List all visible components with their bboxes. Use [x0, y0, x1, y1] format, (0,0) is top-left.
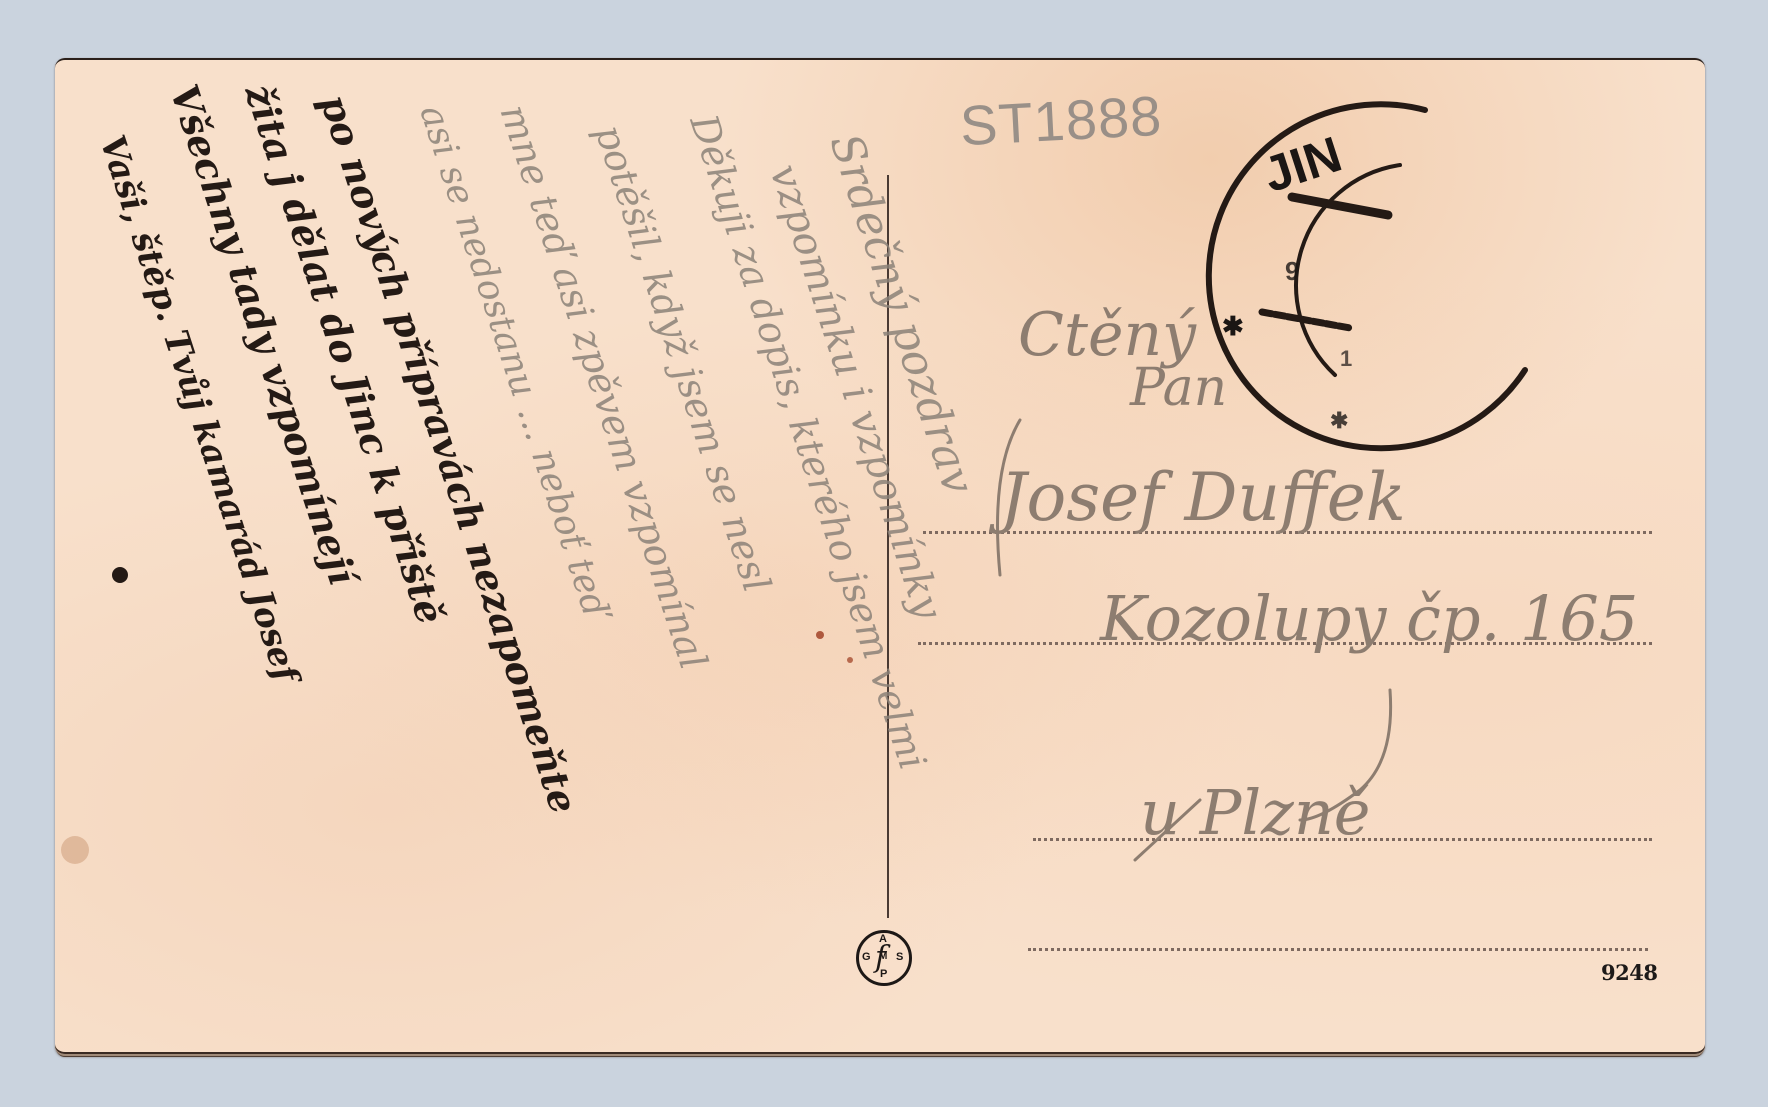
- postmark-star-bottom: ✱: [1330, 408, 1348, 433]
- postmark-town: JIN: [1257, 126, 1348, 203]
- address-block: Ctěný Pan Josef Duffek Kozolupy čp. 165 …: [988, 300, 1638, 849]
- postmark-bar-bottom: [1262, 312, 1350, 328]
- handwriting-layer: JIN 9 1 ✱ ✱ Ctěný Pan Josef Duffek Kozol…: [0, 0, 1768, 1107]
- postmark-day: 9: [1285, 256, 1299, 286]
- address-title: Pan: [1129, 358, 1227, 418]
- address-name: Josef Duffek: [988, 459, 1406, 536]
- address-street: Kozolupy čp. 165: [1099, 582, 1638, 655]
- postmark-month: 1: [1340, 346, 1352, 371]
- paper-stains: [61, 567, 853, 864]
- postmark-outer-ring: [1209, 104, 1525, 448]
- postmark: JIN 9 1 ✱ ✱: [1209, 104, 1525, 448]
- postmark-star-left: ✱: [1222, 311, 1244, 341]
- postmark-bar-top: [1292, 197, 1388, 215]
- message-ink: po nových přípravách nezapomeňte žita j …: [91, 78, 586, 819]
- address-city: u Plzně: [1140, 776, 1370, 849]
